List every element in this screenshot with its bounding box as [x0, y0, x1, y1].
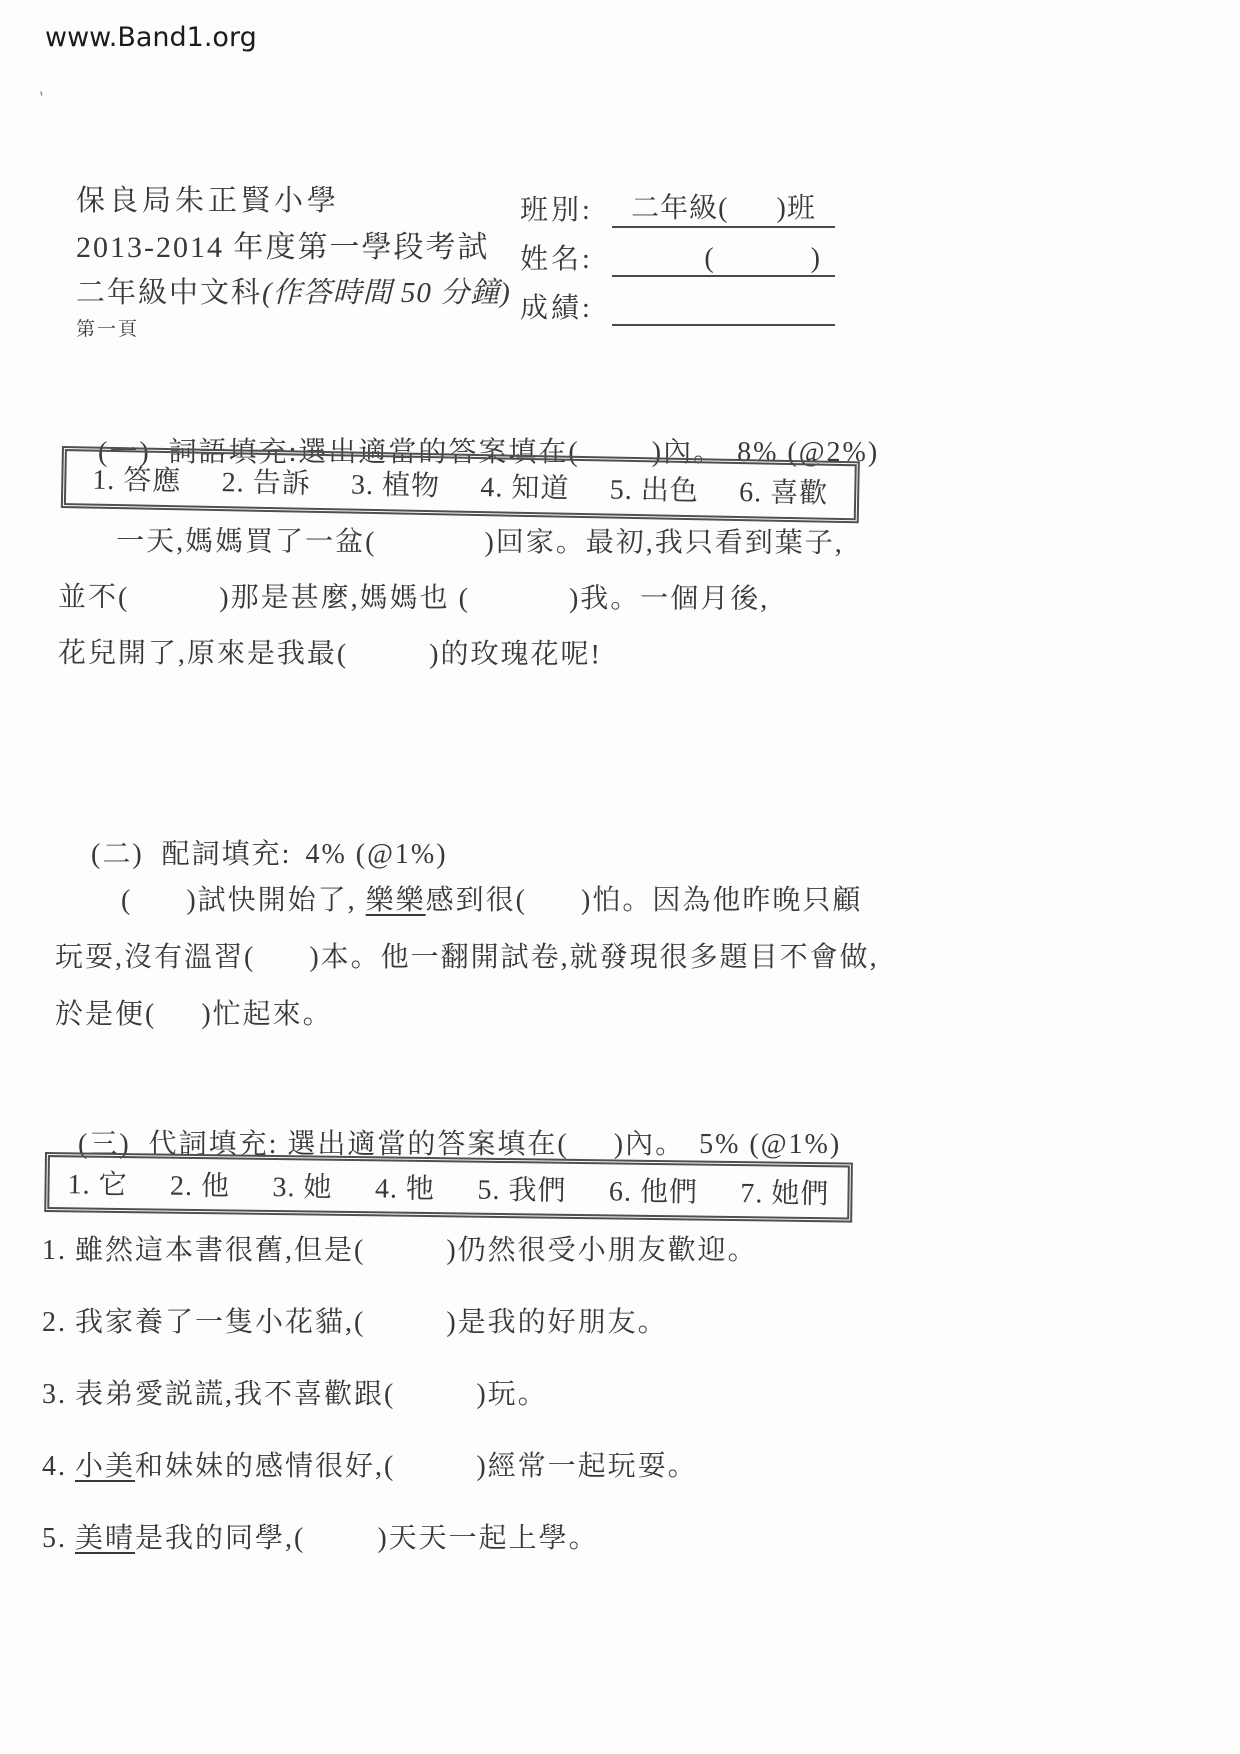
scan-artifact: `: [28, 88, 47, 111]
class-fill-line: 二年級( )班: [612, 186, 835, 228]
option-word: 2. 他: [170, 1164, 231, 1205]
question-number: 1.: [42, 1235, 67, 1266]
passage-line: 花兒開了,原來是我最( )的玫瑰花呢!: [58, 626, 844, 684]
question-number: 4.: [42, 1451, 67, 1482]
question-number: 2.: [42, 1307, 67, 1338]
passage-line: 一天,媽媽買了一盆( )回家。最初,我只看到葉子,: [58, 514, 844, 572]
question-text: 我家養了一隻小花貓,( )是我的好朋友。: [75, 1307, 668, 1338]
school-name: 保良局朱正賢小學: [76, 182, 511, 221]
question-text: 是我的同學,( )天天一起上學。: [135, 1523, 599, 1554]
question-text: 表弟愛説謊,我不喜歡跟( )玩。: [75, 1379, 548, 1410]
section-three-marks: 5% (@1%): [699, 1129, 841, 1160]
question-number: 3.: [42, 1379, 67, 1410]
question-text: 和妹妹的感情很好,( )經常一起玩耍。: [135, 1451, 698, 1482]
passage-line: 於是便( )忙起來。: [55, 986, 879, 1043]
question-item: 3.表弟愛説謊,我不喜歡跟( )玩。: [42, 1372, 758, 1412]
class-label: 班別:: [520, 188, 612, 228]
question-number: 5.: [42, 1523, 67, 1554]
question-item: 4.小美和妹妹的感情很好,( )經常一起玩耍。: [42, 1444, 758, 1484]
question-text: 雖然這本書很舊,但是( )仍然很受小朋友歡迎。: [75, 1235, 758, 1266]
score-fill-line: [612, 286, 835, 326]
section-two-number: (二): [91, 839, 144, 870]
option-word: 1. 答應: [92, 458, 182, 500]
option-word: 3. 植物: [351, 463, 441, 505]
section-one-passage: 一天,媽媽買了一盆( )回家。最初,我只看到葉子, 並不( )那是甚麼,媽媽也 …: [58, 514, 844, 684]
section-three-questions: 1.雖然這本書很舊,但是( )仍然很受小朋友歡迎。 2.我家養了一隻小花貓,( …: [42, 1228, 758, 1588]
student-info-fields: 班別: 二年級( )班 姓名: ( ) 成績:: [520, 186, 835, 335]
name-label: 姓名:: [520, 237, 612, 277]
section-three-options-box: 1. 它 2. 他 3. 她 4. 牠 5. 我們 6. 他們 7. 她們: [44, 1152, 853, 1223]
page-number-label: 第一頁: [76, 317, 511, 343]
option-word: 5. 我們: [477, 1168, 567, 1209]
option-word: 7. 她們: [740, 1171, 830, 1212]
option-word: 6. 喜歡: [739, 470, 829, 512]
option-word: 3. 她: [272, 1165, 333, 1206]
subject-name: 二年級中文科: [76, 277, 262, 309]
site-watermark: www.Band1.org: [45, 22, 257, 53]
passage-text: 感到很( )怕。因為他昨晚只顧: [426, 885, 863, 916]
option-word: 1. 它: [67, 1162, 128, 1203]
option-word: 5. 出色: [609, 468, 699, 510]
question-item: 1.雖然這本書很舊,但是( )仍然很受小朋友歡迎。: [42, 1228, 758, 1268]
class-field: 班別: 二年級( )班: [520, 186, 835, 228]
duration-note: (作答時間 50 分鐘): [262, 277, 511, 309]
option-word: 6. 他們: [609, 1169, 699, 1210]
question-item: 5.美晴是我的同學,( )天天一起上學。: [42, 1516, 758, 1556]
section-two-marks: 4% (@1%): [305, 839, 447, 870]
name-fill-line: ( ): [612, 237, 835, 277]
name-field: 姓名: ( ): [520, 237, 835, 277]
score-field: 成績:: [520, 286, 835, 326]
subject-line: 二年級中文科(作答時間 50 分鐘): [76, 274, 511, 313]
question-underlined-word: 小美: [75, 1451, 135, 1482]
option-word: 2. 告訴: [221, 460, 311, 502]
section-two-title: 配詞填充:: [162, 839, 292, 870]
section-two-passage: ( )試快開始了, 樂樂感到很( )怕。因為他昨晚只顧 玩耍,沒有溫習( )本。…: [55, 872, 879, 1043]
score-label: 成績:: [520, 286, 612, 326]
exam-page: www.Band1.org ` 保良局朱正賢小學 2013-2014 年度第一學…: [0, 0, 1240, 1754]
passage-line: 並不( )那是甚麼,媽媽也 ( )我。一個月後,: [58, 570, 844, 628]
exam-title: 2013-2014 年度第一學段考試: [76, 228, 511, 269]
question-underlined-word: 美晴: [75, 1523, 135, 1554]
passage-text: ( )試快開始了,: [121, 885, 366, 916]
option-word: 4. 知道: [480, 465, 570, 507]
question-item: 2.我家養了一隻小花貓,( )是我的好朋友。: [42, 1300, 758, 1340]
exam-header: 保良局朱正賢小學 2013-2014 年度第一學段考試 二年級中文科(作答時間 …: [76, 182, 511, 342]
passage-line: ( )試快開始了, 樂樂感到很( )怕。因為他昨晚只顧: [55, 872, 879, 929]
character-name-underlined: 樂樂: [366, 885, 426, 916]
passage-line: 玩耍,沒有溫習( )本。他一翻開試卷,就發現很多題目不會做,: [55, 929, 879, 986]
option-word: 4. 牠: [375, 1166, 436, 1207]
